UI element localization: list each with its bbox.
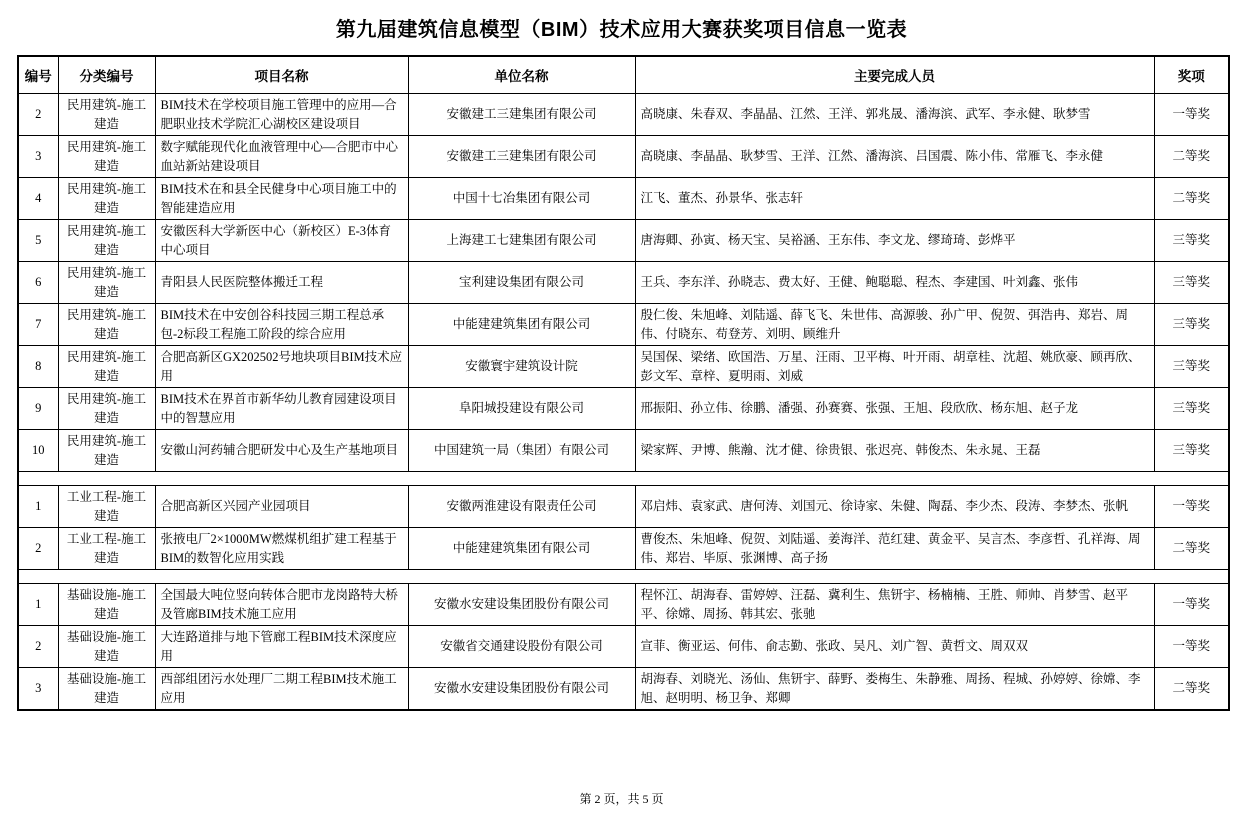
cell-project: BIM技术在界首市新华幼儿教育园建设项目中的智慧应用 [155, 388, 408, 430]
cell-award: 三等奖 [1154, 262, 1229, 304]
col-header-no: 编号 [18, 56, 58, 94]
cell-award: 一等奖 [1154, 584, 1229, 626]
cell-category: 民用建筑-施工建造 [58, 304, 155, 346]
cell-no: 6 [18, 262, 58, 304]
cell-org: 安徽水安建设集团股份有限公司 [408, 584, 635, 626]
cell-no: 2 [18, 528, 58, 570]
cell-project: 安徽医科大学新医中心（新校区）E-3体育中心项目 [155, 220, 408, 262]
cell-project: 青阳县人民医院整体搬迁工程 [155, 262, 408, 304]
cell-org: 安徽省交通建设股份有限公司 [408, 626, 635, 668]
cell-award: 二等奖 [1154, 136, 1229, 178]
cell-award: 一等奖 [1154, 626, 1229, 668]
table-row: 9民用建筑-施工建造BIM技术在界首市新华幼儿教育园建设项目中的智慧应用阜阳城投… [18, 388, 1229, 430]
cell-project: 数字赋能现代化血液管理中心—合肥市中心血站新站建设项目 [155, 136, 408, 178]
cell-people: 江飞、董杰、孙景华、张志轩 [635, 178, 1154, 220]
cell-category: 工业工程-施工建造 [58, 486, 155, 528]
table-row: 3基础设施-施工建造西部组团污水处理厂二期工程BIM技术施工应用安徽水安建设集团… [18, 668, 1229, 711]
cell-project: 合肥高新区兴园产业园项目 [155, 486, 408, 528]
table-row: 2民用建筑-施工建造BIM技术在学校项目施工管理中的应用—合肥职业技术学院汇心湖… [18, 94, 1229, 136]
cell-no: 3 [18, 136, 58, 178]
cell-category: 民用建筑-施工建造 [58, 388, 155, 430]
cell-org: 中国十七冶集团有限公司 [408, 178, 635, 220]
cell-people: 高晓康、朱春双、李晶晶、江然、王洋、郭兆晟、潘海滨、武军、李永健、耿梦雪 [635, 94, 1154, 136]
section-separator [18, 472, 1229, 486]
cell-org: 安徽建工三建集团有限公司 [408, 136, 635, 178]
cell-no: 2 [18, 626, 58, 668]
cell-category: 民用建筑-施工建造 [58, 346, 155, 388]
cell-org: 阜阳城投建设有限公司 [408, 388, 635, 430]
table-row: 2工业工程-施工建造张掖电厂2×1000MW燃煤机组扩建工程基于BIM的数智化应… [18, 528, 1229, 570]
table-row: 8民用建筑-施工建造合肥高新区GX202502号地块项目BIM技术应用安徽寰宇建… [18, 346, 1229, 388]
table-row: 4民用建筑-施工建造BIM技术在和县全民健身中心项目施工中的智能建造应用中国十七… [18, 178, 1229, 220]
cell-category: 民用建筑-施工建造 [58, 94, 155, 136]
col-header-people: 主要完成人员 [635, 56, 1154, 94]
table-row: 2基础设施-施工建造大连路道排与地下管廊工程BIM技术深度应用安徽省交通建设股份… [18, 626, 1229, 668]
cell-org: 安徽水安建设集团股份有限公司 [408, 668, 635, 711]
cell-project: 合肥高新区GX202502号地块项目BIM技术应用 [155, 346, 408, 388]
cell-people: 胡海春、刘晓光、汤仙、焦钘宇、薛野、娄梅生、朱静雅、周扬、程城、孙婷婷、徐嫦、李… [635, 668, 1154, 711]
cell-no: 10 [18, 430, 58, 472]
cell-people: 程怀江、胡海春、雷婷婷、汪磊、冀利生、焦钘宇、杨楠楠、王胜、师帅、肖梦雪、赵平平… [635, 584, 1154, 626]
cell-no: 3 [18, 668, 58, 711]
cell-project: 安徽山河药辅合肥研发中心及生产基地项目 [155, 430, 408, 472]
cell-project: BIM技术在学校项目施工管理中的应用—合肥职业技术学院汇心湖校区建设项目 [155, 94, 408, 136]
cell-category: 工业工程-施工建造 [58, 528, 155, 570]
cell-org: 上海建工七建集团有限公司 [408, 220, 635, 262]
cell-project: 全国最大吨位竖向转体合肥市龙岗路特大桥及管廊BIM技术施工应用 [155, 584, 408, 626]
table-row: 6民用建筑-施工建造青阳县人民医院整体搬迁工程宝利建设集团有限公司王兵、李东洋、… [18, 262, 1229, 304]
table-row: 5民用建筑-施工建造安徽医科大学新医中心（新校区）E-3体育中心项目上海建工七建… [18, 220, 1229, 262]
table-body: 2民用建筑-施工建造BIM技术在学校项目施工管理中的应用—合肥职业技术学院汇心湖… [18, 94, 1229, 711]
page-title: 第九届建筑信息模型（BIM）技术应用大赛获奖项目信息一览表 [0, 13, 1243, 42]
cell-category: 民用建筑-施工建造 [58, 430, 155, 472]
cell-category: 民用建筑-施工建造 [58, 220, 155, 262]
cell-award: 三等奖 [1154, 220, 1229, 262]
table-row: 1工业工程-施工建造合肥高新区兴园产业园项目安徽两淮建设有限责任公司邓启炜、袁家… [18, 486, 1229, 528]
cell-category: 民用建筑-施工建造 [58, 178, 155, 220]
cell-people: 梁家辉、尹博、熊瀚、沈才健、徐贵银、张迟亮、韩俊杰、朱永晁、王磊 [635, 430, 1154, 472]
cell-award: 二等奖 [1154, 668, 1229, 711]
table-row: 7民用建筑-施工建造BIM技术在中安创谷科技园三期工程总承包-2标段工程施工阶段… [18, 304, 1229, 346]
cell-org: 中国建筑一局（集团）有限公司 [408, 430, 635, 472]
section-separator-cell [18, 472, 1229, 486]
cell-award: 一等奖 [1154, 486, 1229, 528]
cell-award: 三等奖 [1154, 346, 1229, 388]
cell-category: 基础设施-施工建造 [58, 668, 155, 711]
col-header-category: 分类编号 [58, 56, 155, 94]
cell-no: 8 [18, 346, 58, 388]
cell-org: 中能建建筑集团有限公司 [408, 304, 635, 346]
cell-people: 唐海卿、孙寅、杨天宝、吴裕涵、王东伟、李文龙、缪琦琦、彭烨平 [635, 220, 1154, 262]
header-row: 编号 分类编号 项目名称 单位名称 主要完成人员 奖项 [18, 56, 1229, 94]
cell-org: 安徽寰宇建筑设计院 [408, 346, 635, 388]
cell-no: 4 [18, 178, 58, 220]
cell-category: 民用建筑-施工建造 [58, 136, 155, 178]
col-header-project: 项目名称 [155, 56, 408, 94]
col-header-org: 单位名称 [408, 56, 635, 94]
cell-org: 安徽两淮建设有限责任公司 [408, 486, 635, 528]
table-row: 10民用建筑-施工建造安徽山河药辅合肥研发中心及生产基地项目中国建筑一局（集团）… [18, 430, 1229, 472]
cell-no: 9 [18, 388, 58, 430]
cell-project: 西部组团污水处理厂二期工程BIM技术施工应用 [155, 668, 408, 711]
cell-project: BIM技术在和县全民健身中心项目施工中的智能建造应用 [155, 178, 408, 220]
cell-people: 王兵、李东洋、孙晓志、费太好、王健、鲍聪聪、程杰、李建国、叶刘鑫、张伟 [635, 262, 1154, 304]
section-separator-cell [18, 570, 1229, 584]
cell-category: 基础设施-施工建造 [58, 626, 155, 668]
cell-category: 民用建筑-施工建造 [58, 262, 155, 304]
cell-people: 宣菲、衡亚运、何伟、俞志勤、张政、吴凡、刘广智、黄哲文、周双双 [635, 626, 1154, 668]
cell-org: 宝利建设集团有限公司 [408, 262, 635, 304]
cell-people: 吴国保、梁绪、欧国浩、万星、汪雨、卫平梅、叶开雨、胡章桂、沈超、姚欣豪、顾再欣、… [635, 346, 1154, 388]
cell-people: 邢振阳、孙立伟、徐鹏、潘强、孙赛赛、张强、王旭、段欣欣、杨东旭、赵子龙 [635, 388, 1154, 430]
cell-no: 7 [18, 304, 58, 346]
cell-award: 二等奖 [1154, 528, 1229, 570]
table-header: 编号 分类编号 项目名称 单位名称 主要完成人员 奖项 [18, 56, 1229, 94]
section-separator [18, 570, 1229, 584]
cell-project: 大连路道排与地下管廊工程BIM技术深度应用 [155, 626, 408, 668]
cell-people: 邓启炜、袁家武、唐何涛、刘国元、徐诗家、朱健、陶磊、李少杰、段涛、李梦杰、张帆 [635, 486, 1154, 528]
cell-no: 2 [18, 94, 58, 136]
cell-project: 张掖电厂2×1000MW燃煤机组扩建工程基于BIM的数智化应用实践 [155, 528, 408, 570]
cell-people: 殷仁俊、朱旭峰、刘陆遥、薛飞飞、朱世伟、高源骏、孙广甲、倪贺、弭浩冉、郑岩、周伟… [635, 304, 1154, 346]
cell-award: 三等奖 [1154, 388, 1229, 430]
cell-org: 中能建建筑集团有限公司 [408, 528, 635, 570]
table-row: 3民用建筑-施工建造数字赋能现代化血液管理中心—合肥市中心血站新站建设项目安徽建… [18, 136, 1229, 178]
cell-no: 5 [18, 220, 58, 262]
cell-award: 二等奖 [1154, 178, 1229, 220]
cell-project: BIM技术在中安创谷科技园三期工程总承包-2标段工程施工阶段的综合应用 [155, 304, 408, 346]
awards-table: 编号 分类编号 项目名称 单位名称 主要完成人员 奖项 2民用建筑-施工建造BI… [17, 55, 1230, 711]
cell-people: 曹俊杰、朱旭峰、倪贺、刘陆遥、姜海洋、范红建、黄金平、吴言杰、李彦哲、孔祥海、周… [635, 528, 1154, 570]
cell-category: 基础设施-施工建造 [58, 584, 155, 626]
cell-people: 高晓康、李晶晶、耿梦雪、王洋、江然、潘海滨、吕国震、陈小伟、常雁飞、李永健 [635, 136, 1154, 178]
col-header-award: 奖项 [1154, 56, 1229, 94]
table-row: 1基础设施-施工建造全国最大吨位竖向转体合肥市龙岗路特大桥及管廊BIM技术施工应… [18, 584, 1229, 626]
page-number: 第 2 页，共 5 页 [0, 790, 1243, 807]
cell-award: 一等奖 [1154, 94, 1229, 136]
cell-no: 1 [18, 486, 58, 528]
cell-award: 三等奖 [1154, 430, 1229, 472]
cell-org: 安徽建工三建集团有限公司 [408, 94, 635, 136]
cell-award: 三等奖 [1154, 304, 1229, 346]
cell-no: 1 [18, 584, 58, 626]
